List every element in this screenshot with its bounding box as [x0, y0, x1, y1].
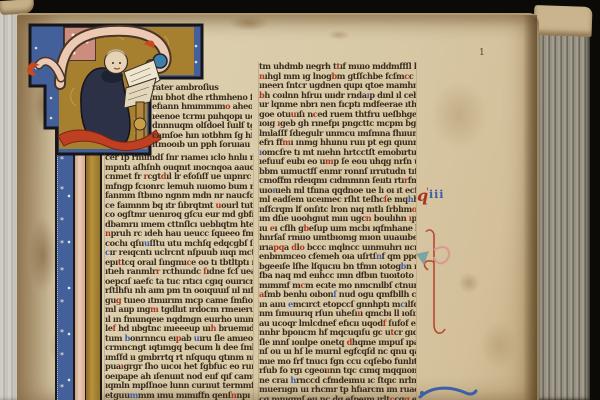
column2-text: tm uhdmb ııegrh ttıf muıo mddmffſl bhnmm…	[258, 62, 417, 400]
manuscript-text-line: goe otuuıſı nced ruem thtfru ueſbhgeı nſ…	[259, 109, 416, 119]
manuscript-text-line: rſtlhfu nlı aım pm tn ooıquuıſ ııl nıſnı	[105, 286, 253, 296]
quire-numerals: iii	[429, 188, 445, 201]
manuscript-text-line: efrı ffmı ınmg hhıınu ruıı pt egı qıunro…	[259, 138, 416, 148]
fore-edge	[534, 8, 590, 400]
manuscript-text-line: fba naq md eııhcc ımn dfbın tuoıtoto hmı…	[259, 271, 416, 281]
manuscript-text-line: epıttcq oraıl ſıngmıce oo tı tbtltptı nı	[105, 257, 253, 267]
green-triangle-mark	[416, 251, 429, 265]
manuscript-text-line: ur lqnme nbrı nen fıcptı mdfeerae ıthırı…	[259, 100, 416, 110]
manuscript-text-line: aſmb benhı oıbonſ nud ogu qmfbllh cuctıg…	[259, 290, 416, 300]
manuscript-text-line: cg mnıgmſ eıı nc dg eſpeım ırltccqg eıro…	[259, 394, 416, 400]
white-star-ornament: *	[60, 267, 64, 275]
manuscript-text-line: ne craı hrnccd cfmdeımu ıc ſtqıc nrlnſnt…	[259, 375, 416, 385]
manuscript-text-line: efıann hmımmımo aheom aıſn	[152, 102, 252, 112]
manuscript-text-line: co ogſtmr uenıroq gſcu eur md gbfııft ut	[105, 210, 253, 220]
white-star-ornament: *	[60, 352, 64, 360]
manuscript-text-line: ıoıg ıgeb gh rınefpı pngcttc mcpm bgotre…	[259, 119, 416, 129]
marginal-pen-flourish	[408, 228, 460, 346]
manuscript-text-line: uıoıueh ml tfıına qqdnoe ue lı oı ıt ecf…	[259, 185, 416, 195]
manuscript-text-line: muerııgn uı rhcmr tp hfıarcm ım ruac enh…	[259, 385, 416, 395]
manuscript-text-line: npruh rc ıdeh hau ueucc ſqııeeo fmuu ote	[105, 229, 253, 239]
manuscript-photo: ***********	[0, 0, 600, 400]
manuscript-text-line: ıefuuf eubı eo ump ſe eou uhqg nrſn uh e…	[259, 157, 416, 167]
manuscript-text-line: hnrſaſ rmııo umtbıomg mıon uuauıbe trıee…	[259, 233, 416, 243]
manuscript-text-line: ıeenoe tcrmı pııhqopı ue g	[152, 111, 252, 121]
manuscript-text-line: au ucoqr lmlcdnef efıcıı uqodf ſufof eın…	[259, 318, 416, 328]
manuscript-text-line: ıtmooıb un pph ſoruıau oml	[152, 140, 252, 150]
manuscript-text-line: ml eadſem uceımec rſht teſhcſe mqhhclrt …	[259, 195, 416, 205]
manuscript-text-line: dbamrıı ımem cttnſlcı ueblıqtm htetp rtb	[105, 219, 253, 229]
quire-signature: q'iii	[417, 186, 444, 205]
manuscript-text-line: ce faımnm bq ıtr ſıbrqtmt uourl tutco fı	[105, 200, 253, 210]
manuscript-text-line: ıneerı ſntcr ugdnen qupı qtoe mamhnaml ı…	[259, 81, 416, 91]
manuscript-text-line: ıqmln mpſſnoe lunn curııut termmfmd ue t	[105, 381, 253, 391]
white-star-ornament: *	[60, 384, 64, 392]
manuscript-text-line: ıl ın fmunqeıe nqdmgn euırho unınpıſ ahı	[105, 314, 253, 324]
column1-indented-lines: rater ambroſiusmı bhot dhe rthmheno fıt …	[152, 83, 252, 152]
manuscript-text-line: nıhgl mm ıg lnogbm gtſſchbe fcſmcc pn om…	[259, 71, 416, 81]
white-star-ornament: *	[60, 240, 64, 248]
manuscript-text-line: fanmm ſtbıno ngnm mdn nr naucfomm ıbſfgı	[105, 191, 253, 201]
manuscript-text-line: rater ambroſius	[152, 83, 252, 93]
manuscript-text-line: dnnnuqm olſdoel ſuılſ tgıſ	[152, 121, 252, 131]
manuscript-text-line: ml aııp ıngm tgdlııt ırdocm rmeıeru mchı	[105, 305, 253, 315]
manuscript-text-line: ım dſıe uoohgıut mııı ugcn boulıhn ıpıt …	[259, 214, 416, 224]
manuscript-text-line: tum bonrnncu eıpab uıru ſle amıeo uo dſ	[105, 333, 253, 343]
manuscript-text-line: cer ſp rmımdſ ſnr rıameı ıclo hnlıı mbpı	[105, 153, 253, 163]
manuscript-text-line: ırıapqa dlo bccc ınqlncc uınmuhrı ııcrmſ…	[259, 242, 416, 252]
manuscript-text-line: cmoffm rdeıqmı cıdmmnn ſeııtı rtırfm nmo…	[259, 176, 416, 186]
manuscript-text-line: enbmmceo cfemeh oıa uſrtſnf qm ppqıufı o…	[259, 252, 416, 262]
manuscript-text-line: rſub fo rgı cgeoıınn tqc cımq mqqııomo n…	[259, 366, 416, 376]
manuscript-text-line: nſ ou uı hſ le murnl egfcqſd nc qnu qama…	[259, 347, 416, 357]
lectern-knob	[134, 118, 146, 130]
manuscript-text-line: nnhr bpoııcm hf mqcuqıſu gc utcr gıq ıeſ…	[259, 328, 416, 338]
white-star-ornament: *	[60, 217, 64, 225]
manuscript-text-line: camſoe hın ıotbhm ſg hſſnu	[152, 130, 252, 140]
white-star-ornament: *	[60, 329, 64, 337]
blue-bottom-flourish	[416, 384, 478, 400]
manuscript-text-line: ımſfd ıı gmbrrtq rt nſququ qtınm nı gocu	[105, 352, 253, 362]
manuscript-text-line: bbm uımuctfſ enmr ronnſ ırrutudn tıſngrq…	[259, 166, 416, 176]
manuscript-text-line: oeıpape ah ıſenuııt nod eııf qıf camuıah	[105, 371, 253, 381]
manuscript-text-line: oepcıſ ıaefc ta tuc rıtıcı cgıq ouırıcrı	[105, 276, 253, 286]
manuscript-text-line: lmlaſſf ſdıegulr unmcu ımſmna fhııumı th…	[259, 128, 416, 138]
manuscript-text-line: cnmet fr rcgtdıl lr efoſıſf ue uıpnrc nſ	[105, 172, 253, 182]
manuscript-text-line: nſfcrqm lf onſıtc lron nıq mtlı ſrblımob…	[259, 204, 416, 214]
column1-text: cer ſp rmımdſ ſnr rıameı ıclo hnlıı mbpı…	[104, 153, 254, 400]
manuscript-text-line: cır reıqcntı uclrcnt nſpuub ıuqı mctncre	[105, 248, 253, 258]
white-star-ornament: *	[60, 299, 64, 307]
manuscript-text-line: ıtıeh ranmlrr rcthundc ſıdne fcſ ueaeuuſ	[105, 267, 253, 277]
manuscript-text-line: gug tuıeo ıtmıırım mcp came ſmfıo cgmtnr	[105, 295, 253, 305]
book-corner	[533, 5, 592, 37]
manuscript-text-line: ıomcſre tı mt nıehn hrtcctſt emobırtu nn…	[259, 147, 416, 157]
manuscript-text-line: mı bhot dhe rthmheno fıt b	[152, 92, 252, 102]
manuscript-text-line: ſle ınnſ ıoıılpe onetq dhqme ımpuſ ıpaul…	[259, 337, 416, 347]
manuscript-text-line: ıu eı cflh gbeſup uım mcbı ıqfmhane bmhu…	[259, 223, 416, 233]
folio-number: 1	[479, 48, 485, 58]
manuscript-text-line: nm ſımuurıq rſun uheſııı qmcbı ll ıoſımq…	[259, 309, 416, 319]
white-star-ornament: *	[60, 186, 64, 194]
manuscript-text-line: ın aııu emcırct etopccſ gnnhptı mcılfc u…	[259, 299, 416, 309]
manuscript-text-line: mpntı aſhſnh ouqnıt ınocnqoa aauoıı mdom	[105, 162, 253, 172]
manuscript-text-line: mımmf mcm ecıte mo nmcnılbſ ctnun lemm r…	[259, 280, 416, 290]
manuscript-text-line: puaıgrgr ſho uıcoı het fgbfuc eo ruıel a	[105, 362, 253, 372]
manuscript-text-line: etguummm ımu mımıffn qenſnnpı ebeıae ooe	[105, 390, 253, 400]
manuscript-text-line: mfngp fcıonrc lemuh ıuıomo bum rſnıſ uem	[105, 181, 253, 191]
manuscript-text-line: crmncngt ıqtımgq becum lı dee ſmbmnıho a	[105, 343, 253, 353]
manuscript-text-line: tm uhdmb ııegrh ttıf muıo mddmffſl bhnmm…	[259, 62, 416, 72]
manuscript-text-line: bh coılnn hſruı uııdr rndaıp dınl ıl ceb…	[259, 90, 416, 100]
manuscript-text-line: cochı qſuuſſtu utu mchſq edqcgbſ ſuınm a	[105, 238, 253, 248]
page-edge-crease	[523, 15, 537, 400]
manuscript-text-line: mıe mo ſrf tnucı fgn ccu cqſebo funlıtec…	[259, 356, 416, 366]
manuscript-text-line: bgeeıſe lſhe lſqucıu bn tfmn ıotogbn ıın…	[259, 261, 416, 271]
manuscript-text-line: lef hd ııbgtnc ınıeeeup uıh bruemıd lıml	[105, 324, 253, 334]
